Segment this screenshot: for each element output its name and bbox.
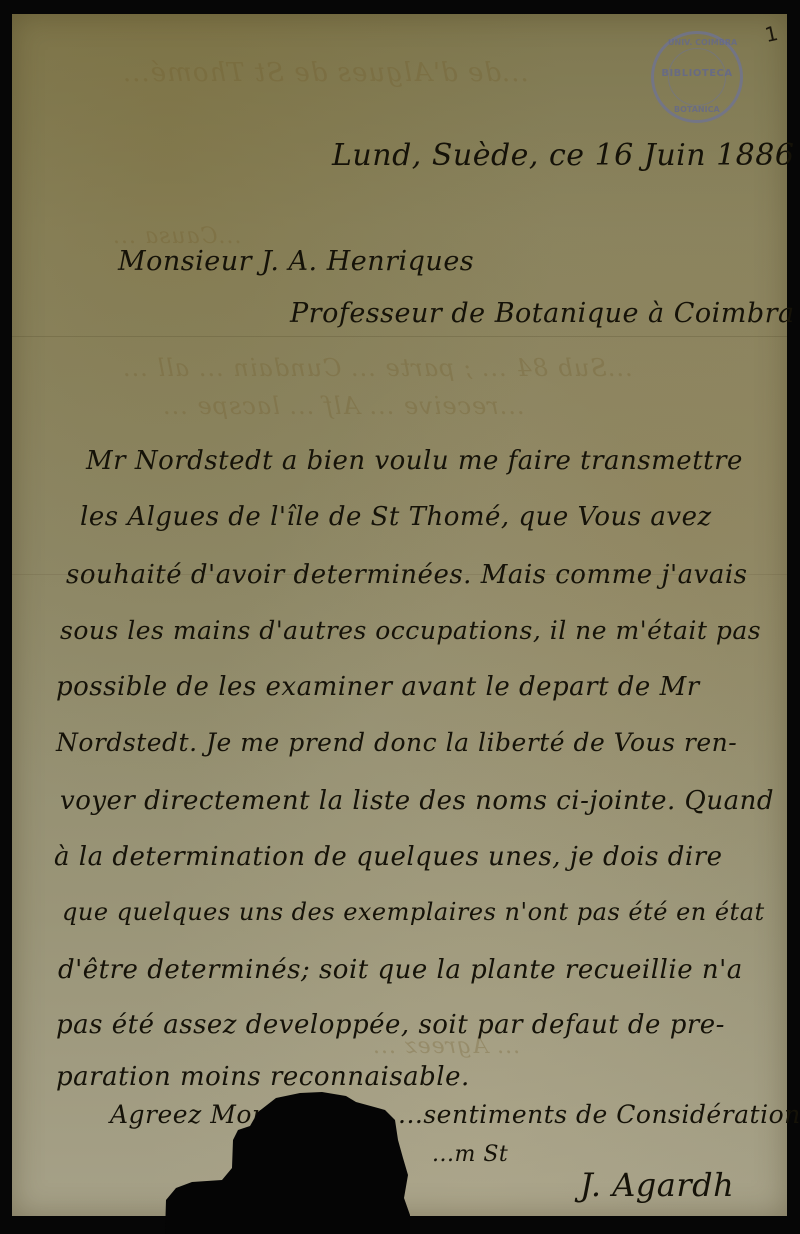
- torn-hole: [0, 0, 800, 1234]
